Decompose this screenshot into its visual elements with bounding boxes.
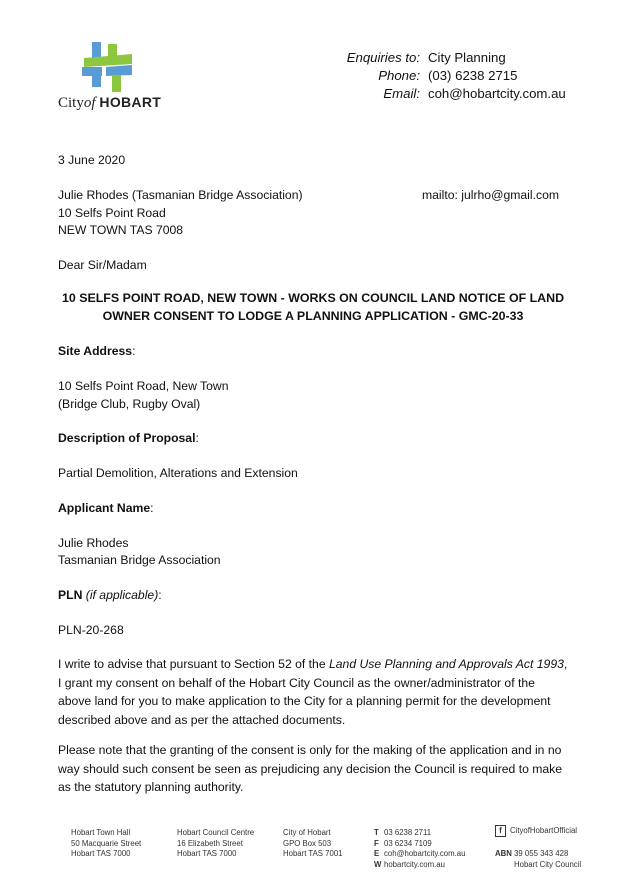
pln-value: PLN-20-268 — [58, 621, 124, 639]
applicant-organisation: Tasmanian Bridge Association — [58, 551, 221, 569]
act-title: Land Use Planning and Approvals Act 1993 — [329, 657, 564, 671]
hobart-cross-logo-icon — [82, 42, 134, 92]
facebook-icon: f — [495, 825, 506, 837]
footer-address-town-hall: Hobart Town Hall 50 Macquarie Street Hob… — [71, 828, 141, 860]
footer-contacts: T03 6238 2711 F03 6234 7109 Ecoh@hobartc… — [374, 828, 465, 870]
footer-abn: ABN 39 055 343 428 Hobart City Council — [495, 849, 581, 870]
applicant-name: Julie Rhodes — [58, 534, 128, 552]
contact-row-email: Email: coh@hobartcity.com.au — [330, 85, 590, 103]
footer-website[interactable]: Whobartcity.com.au — [374, 860, 465, 871]
footer-phone: T03 6238 2711 — [374, 828, 465, 839]
description-value: Partial Demolition, Alterations and Exte… — [58, 464, 298, 482]
applicant-heading: Applicant Name: — [58, 499, 154, 517]
footer-address-postal: City of Hobart GPO Box 503 Hobart TAS 70… — [283, 828, 343, 860]
salutation: Dear Sir/Madam — [58, 256, 147, 274]
note-paragraph: Please note that the granting of the con… — [58, 741, 568, 797]
site-address-line2: (Bridge Club, Rugby Oval) — [58, 395, 200, 413]
logo-wordmark: Cityof HOBART — [58, 94, 161, 112]
recipient-address-line2: NEW TOWN TAS 7008 — [58, 221, 183, 239]
recipient-email-link[interactable]: mailto: julrho@gmail.com — [422, 186, 559, 204]
contact-email-link[interactable]: coh@hobartcity.com.au — [428, 85, 566, 103]
site-address-heading: Site Address: — [58, 342, 135, 360]
pln-heading: PLN (if applicable): — [58, 586, 162, 604]
enquiries-block: Enquiries to: City Planning Phone: (03) … — [330, 49, 590, 103]
letter-subject: 10 SELFS POINT ROAD, NEW TOWN - WORKS ON… — [58, 289, 568, 325]
recipient-name: Julie Rhodes (Tasmanian Bridge Associati… — [58, 186, 303, 204]
letter-date: 3 June 2020 — [58, 151, 125, 169]
footer-social[interactable]: fCityofHobartOfficial — [495, 825, 577, 837]
footer-fax: F03 6234 7109 — [374, 839, 465, 850]
site-address-line1: 10 Selfs Point Road, New Town — [58, 377, 229, 395]
consent-paragraph: I write to advise that pursuant to Secti… — [58, 655, 568, 729]
recipient-address-line1: 10 Selfs Point Road — [58, 204, 166, 222]
footer-address-council-centre: Hobart Council Centre 16 Elizabeth Stree… — [177, 828, 254, 860]
contact-row-phone: Phone: (03) 6238 2715 — [330, 67, 590, 85]
footer-email[interactable]: Ecoh@hobartcity.com.au — [374, 849, 465, 860]
contact-row-enquiries: Enquiries to: City Planning — [330, 49, 590, 67]
description-heading: Description of Proposal: — [58, 429, 199, 447]
